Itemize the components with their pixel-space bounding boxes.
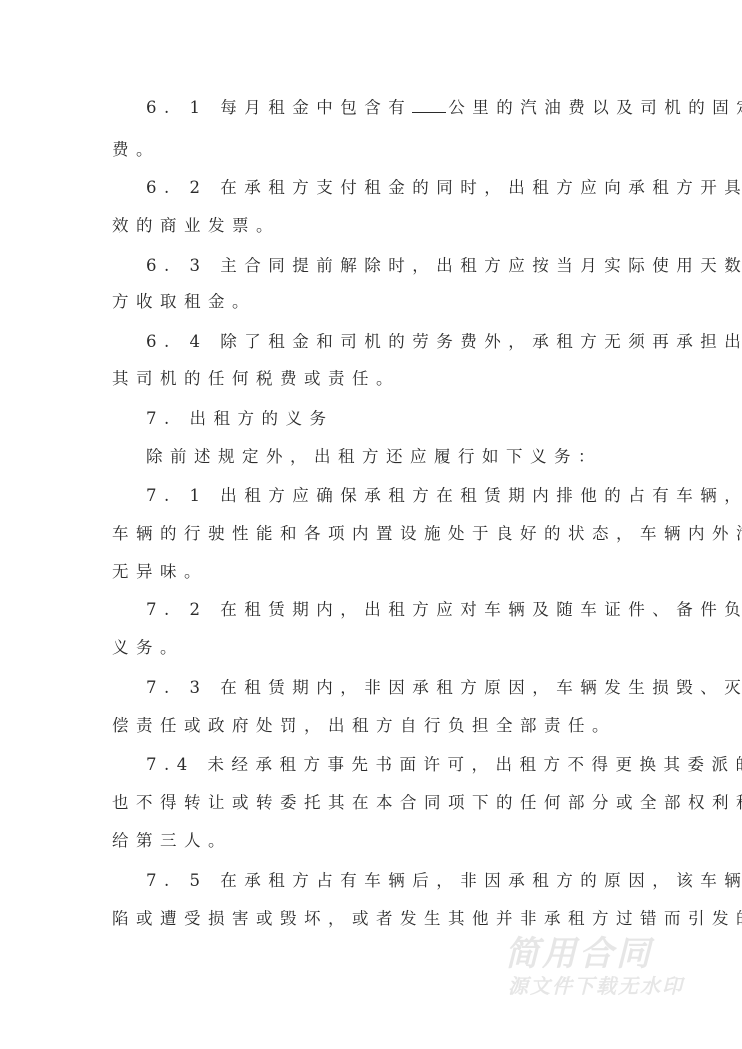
clause-6-1-line-1: 6. 1 每月租金中包含有公里的汽油费以及司机的固定劳务 (146, 98, 742, 118)
clause-7-5-line-1: 7. 5 在承租方占有车辆后，非因承租方的原因，该车辆出现缺 (146, 871, 742, 891)
watermark-brand: 简用合同 (505, 926, 653, 975)
clause-6-3-line-2: 方收取租金。 (112, 292, 256, 312)
section-7-heading: 7. 出租方的义务 (146, 409, 334, 429)
clause-6-2-line-2: 效的商业发票。 (112, 216, 280, 236)
clause-7-3-line-1: 7. 3 在租赁期内，非因承租方原因，车辆发生损毁、灭失、赔 (146, 678, 742, 698)
clause-6-4-line-1: 6. 4 除了租金和司机的劳务费外，承租方无须再承担出租方及 (146, 332, 742, 352)
clause-7-4-line-2: 也不得转让或转委托其在本合同项下的任何部分或全部权利和义务 (112, 793, 742, 813)
clause-7-2-line-2: 义务。 (112, 638, 184, 658)
clause-6-1-line-2: 费。 (112, 140, 160, 160)
clause-6-1-text-after-blank: 公里的汽油费以及司机的固定劳务 (448, 98, 742, 117)
document-page: 6. 1 每月租金中包含有公里的汽油费以及司机的固定劳务 费。 6. 2 在承租… (0, 0, 742, 1049)
clause-7-4-line-3: 给第三人。 (112, 831, 232, 851)
clause-7-3-line-2: 偿责任或政府处罚，出租方自行负担全部责任。 (112, 716, 616, 736)
clause-6-4-line-2: 其司机的任何税费或责任。 (112, 369, 400, 389)
clause-7-2-line-1: 7. 2 在租赁期内，出租方应对车辆及随车证件、备件负担保管 (146, 600, 742, 620)
clause-6-1-text-before-blank: 6. 1 每月租金中包含有 (146, 98, 412, 117)
clause-7-1-line-2: 车辆的行驶性能和各项内置设施处于良好的状态，车辆内外清洁干净， (112, 524, 742, 544)
clause-7-1-line-1: 7. 1 出租方应确保承租方在租赁期内排他的占有车辆，并保证 (146, 486, 742, 506)
fill-in-blank-kilometers (412, 98, 446, 113)
clause-6-2-line-1: 6. 2 在承租方支付租金的同时，出租方应向承租方开具合法有 (146, 178, 742, 198)
clause-7-4-line-1: 7.4 未经承租方事先书面许可，出租方不得更换其委派的司机， (146, 755, 742, 775)
clause-7-1-line-3: 无异味。 (112, 562, 208, 582)
clause-7-5-line-2: 陷或遭受损害或毁坏，或者发生其他并非承租方过错而引发的事件， (112, 909, 742, 929)
section-7-intro: 除前述规定外，出租方还应履行如下义务： (146, 447, 602, 467)
clause-6-3-line-1: 6. 3 主合同提前解除时，出租方应按当月实际使用天数向承租 (146, 256, 742, 276)
watermark-tagline: 源文件下载无水印 (508, 970, 684, 999)
